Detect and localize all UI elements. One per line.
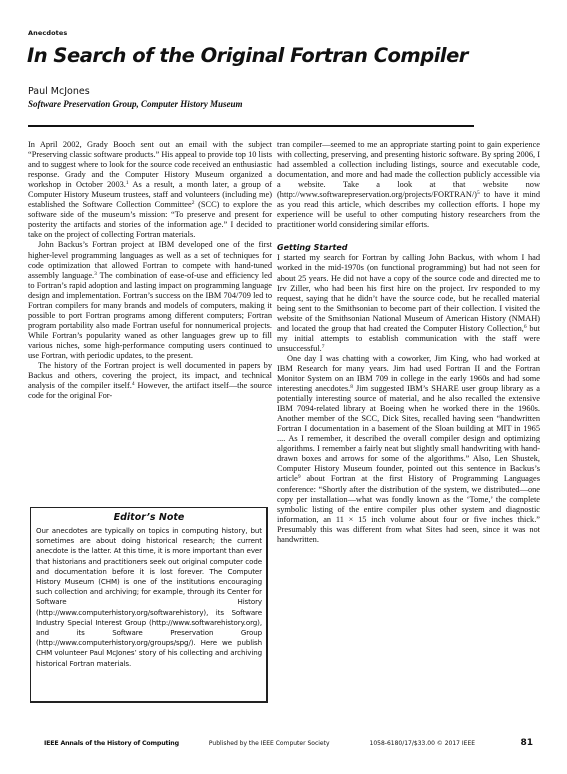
editors-note-box: Editor’s Note Our anecdotes are typicall… bbox=[30, 507, 268, 703]
paragraph: In April 2002, Grady Booch sent out an e… bbox=[28, 140, 272, 240]
paragraph: The history of the Fortran project is we… bbox=[28, 361, 272, 401]
footnote-ref[interactable]: 7 bbox=[322, 344, 325, 350]
article-title: In Search of the Original Fortran Compil… bbox=[27, 44, 468, 67]
paragraph: One day I was chatting with a coworker, … bbox=[277, 354, 540, 545]
page-number: 81 bbox=[520, 738, 537, 748]
paragraph: I started my search for Fortran by calli… bbox=[277, 253, 540, 353]
editors-note-text: Our anecdotes are typically on topics in… bbox=[36, 526, 262, 669]
publisher: Published by the IEEE Computer Society bbox=[209, 740, 330, 747]
paragraph: tran compiler—seemed to me an appropriat… bbox=[277, 140, 540, 230]
journal-name: IEEE Annals of the History of Computing bbox=[44, 740, 179, 747]
right-column: tran compiler—seemed to me an appropriat… bbox=[277, 140, 540, 545]
author-name: Paul McJones bbox=[28, 86, 90, 97]
author-affiliation: Software Preservation Group, Computer Hi… bbox=[28, 99, 243, 109]
title-rule bbox=[28, 125, 474, 127]
section-tag: Anecdotes bbox=[28, 29, 67, 37]
page-footer: IEEE Annals of the History of Computing … bbox=[44, 737, 537, 749]
editors-note-title: Editor’s Note bbox=[36, 512, 262, 523]
copyright-line: 1058-6180/17/$33.00 © 2017 IEEE bbox=[370, 740, 476, 747]
left-column: In April 2002, Grady Booch sent out an e… bbox=[28, 140, 272, 401]
paragraph: John Backus’s Fortran project at IBM dev… bbox=[28, 240, 272, 361]
section-heading: Getting Started bbox=[277, 242, 540, 253]
